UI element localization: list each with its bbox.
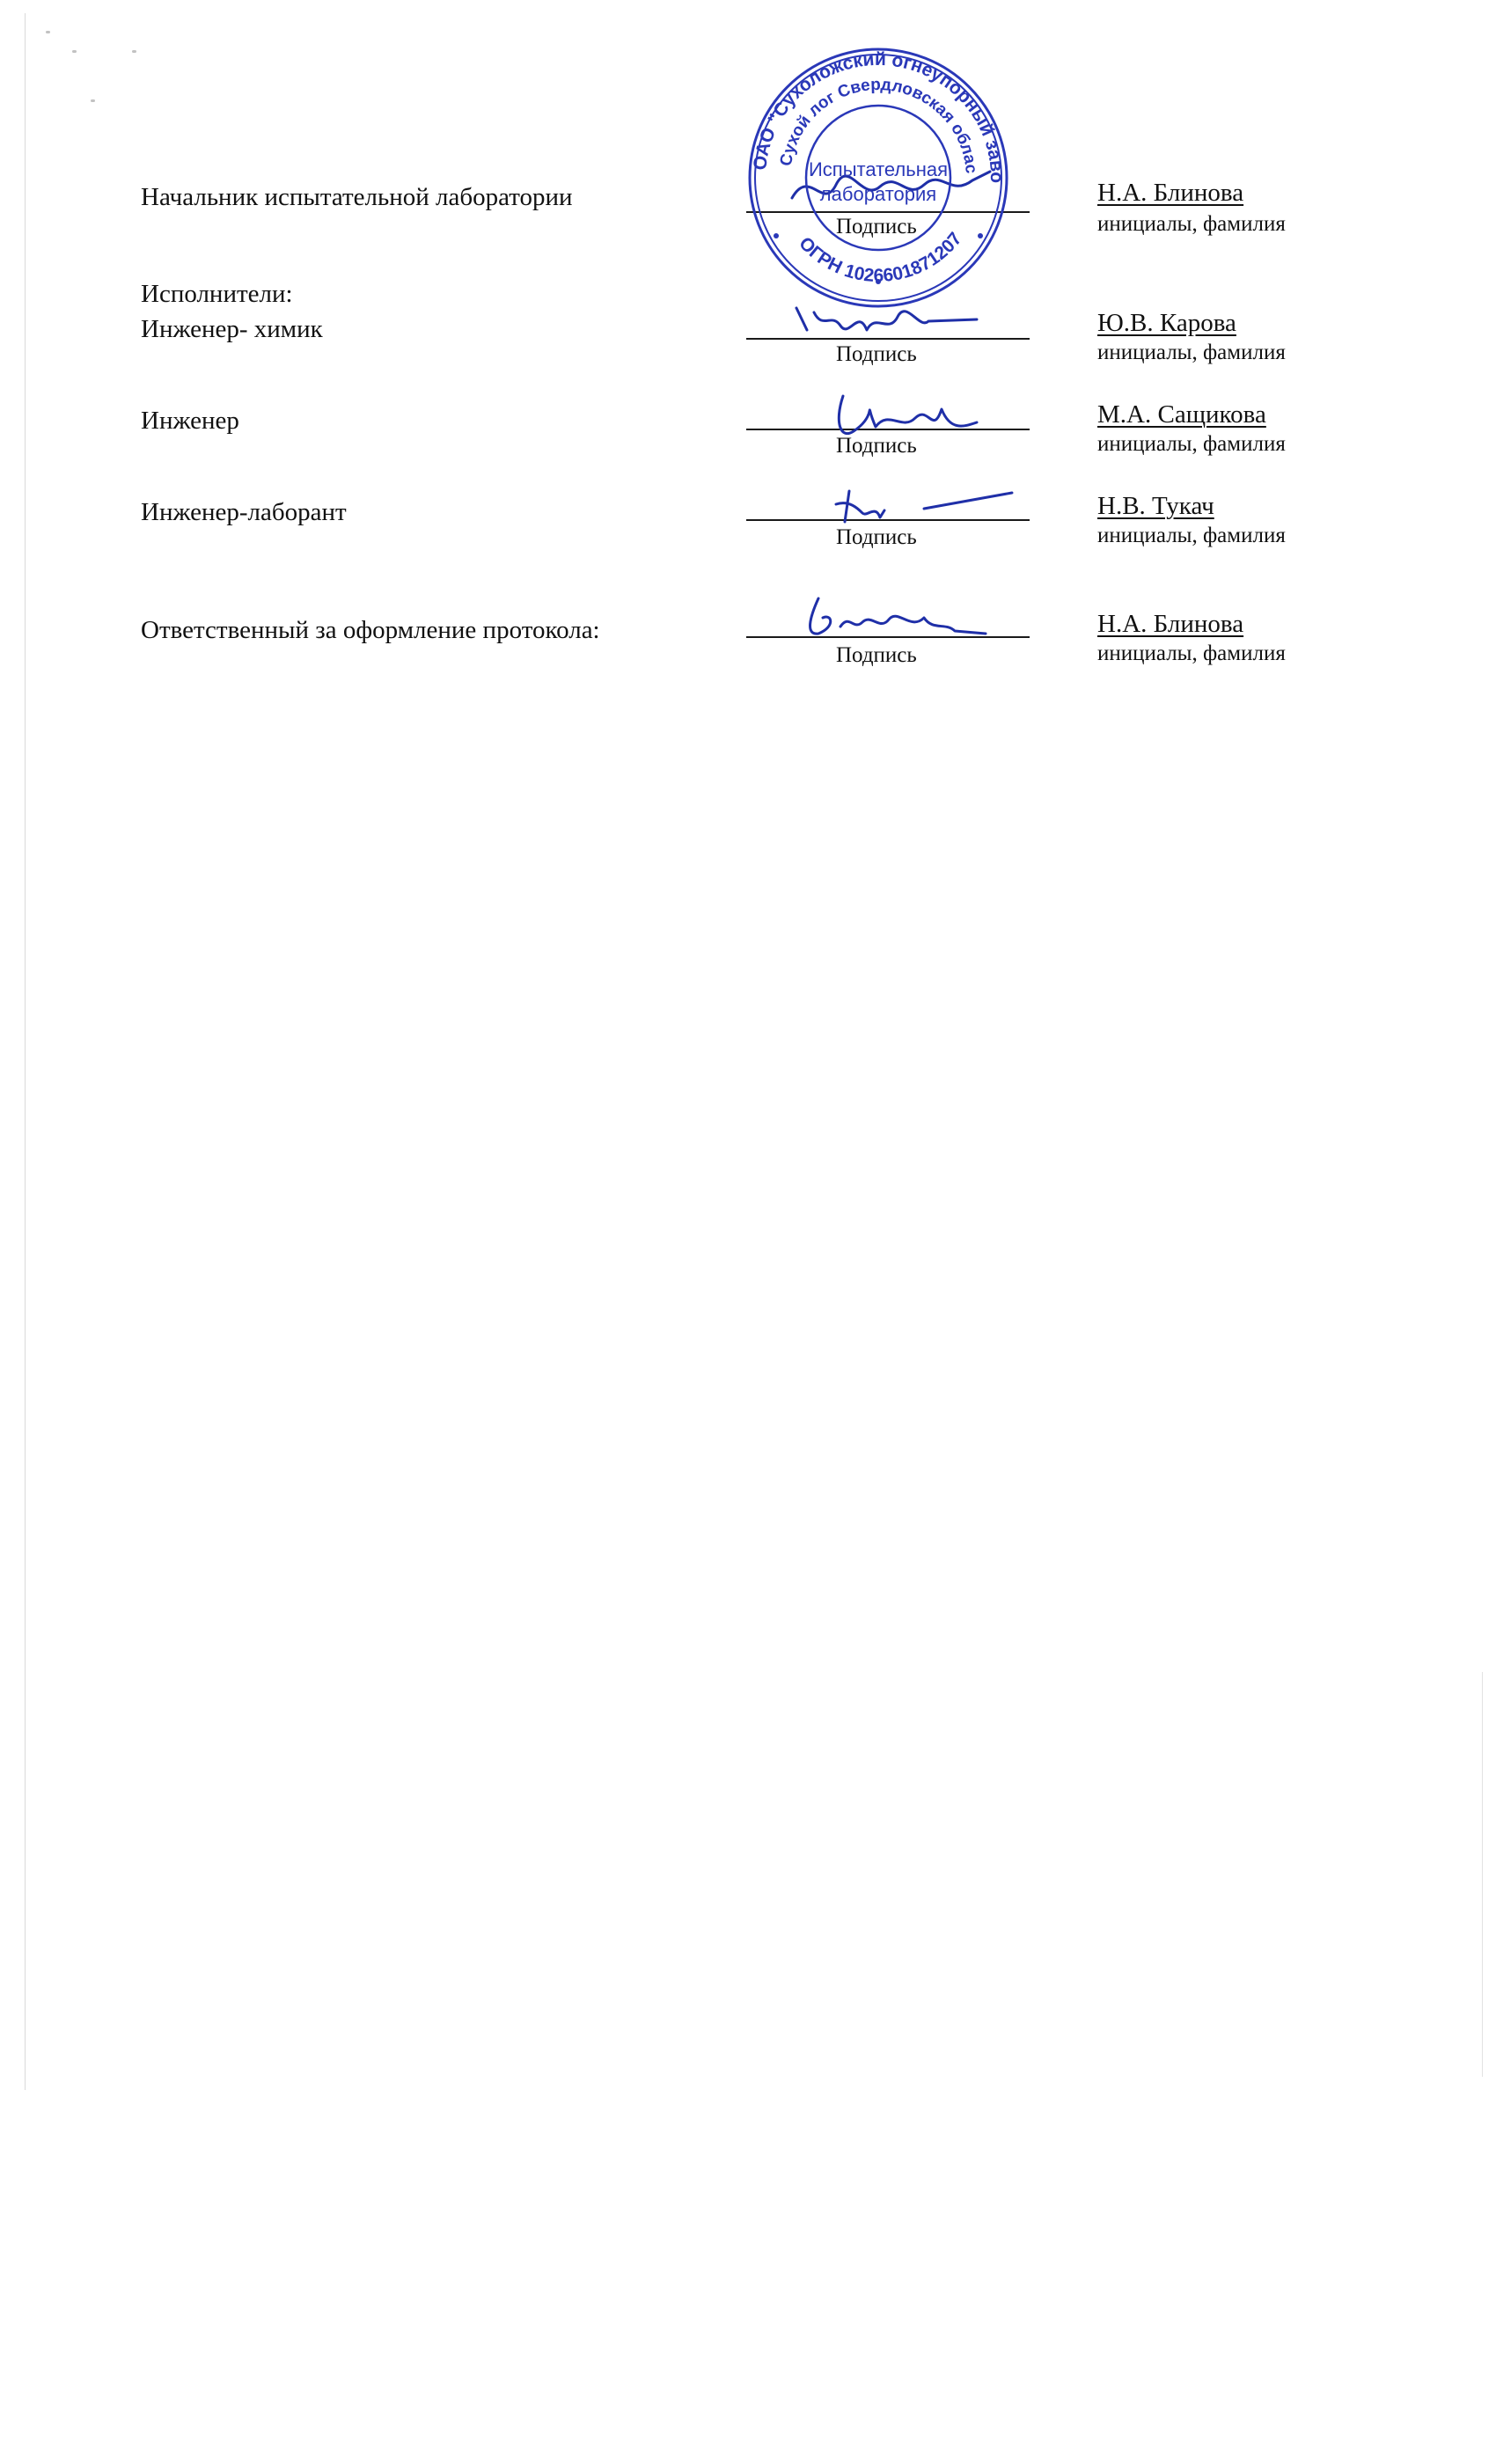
name-caption: инициалы, фамилия bbox=[1097, 341, 1286, 365]
role-chemical-engineer: Инженер- химик bbox=[141, 315, 323, 343]
scan-speck bbox=[91, 99, 95, 102]
role-engineer: Инженер bbox=[141, 407, 239, 435]
role-laboratory-engineer: Инженер-лаборант bbox=[141, 498, 347, 526]
page-edge-left bbox=[25, 13, 26, 2090]
name-caption: инициалы, фамилия bbox=[1097, 642, 1286, 666]
name-caption: инициалы, фамилия bbox=[1097, 524, 1286, 548]
handwritten-signature-laboratory-engineer bbox=[827, 482, 1021, 535]
name-chemical-engineer: Ю.В. Карова bbox=[1097, 309, 1236, 337]
name-engineer: М.А. Сащикова bbox=[1097, 400, 1266, 429]
name-laboratory-engineer: Н.В. Тукач bbox=[1097, 492, 1214, 520]
stamp-center-line-1: Испытательная bbox=[809, 158, 948, 180]
name-head: Н.А. Блинова bbox=[1097, 179, 1243, 207]
stamp-center-line-2: лаборатория bbox=[820, 183, 936, 205]
role-protocol-responsible: Ответственный за оформление протокола: bbox=[141, 616, 600, 644]
name-caption: инициалы, фамилия bbox=[1097, 432, 1286, 457]
name-protocol-responsible: Н.А. Блинова bbox=[1097, 610, 1243, 638]
handwritten-signature-protocol-responsible bbox=[792, 591, 1003, 644]
organization-stamp: ОАО "Сухоложский огнеупорный завод" Сухо… bbox=[746, 46, 1010, 310]
signature-caption: Подпись bbox=[836, 643, 917, 668]
scan-speck bbox=[72, 50, 77, 53]
page-edge-right bbox=[1482, 1672, 1483, 2077]
scan-speck bbox=[132, 50, 136, 53]
role-head-of-laboratory: Начальник испытательной лаборатории bbox=[141, 183, 573, 211]
executors-heading: Исполнители: bbox=[141, 280, 293, 308]
stamp-ogrn-text: ОГРН 1026601871207 bbox=[795, 229, 965, 286]
handwritten-signature-engineer bbox=[827, 387, 986, 449]
scan-speck bbox=[46, 31, 50, 33]
name-caption: инициалы, фамилия bbox=[1097, 212, 1286, 237]
